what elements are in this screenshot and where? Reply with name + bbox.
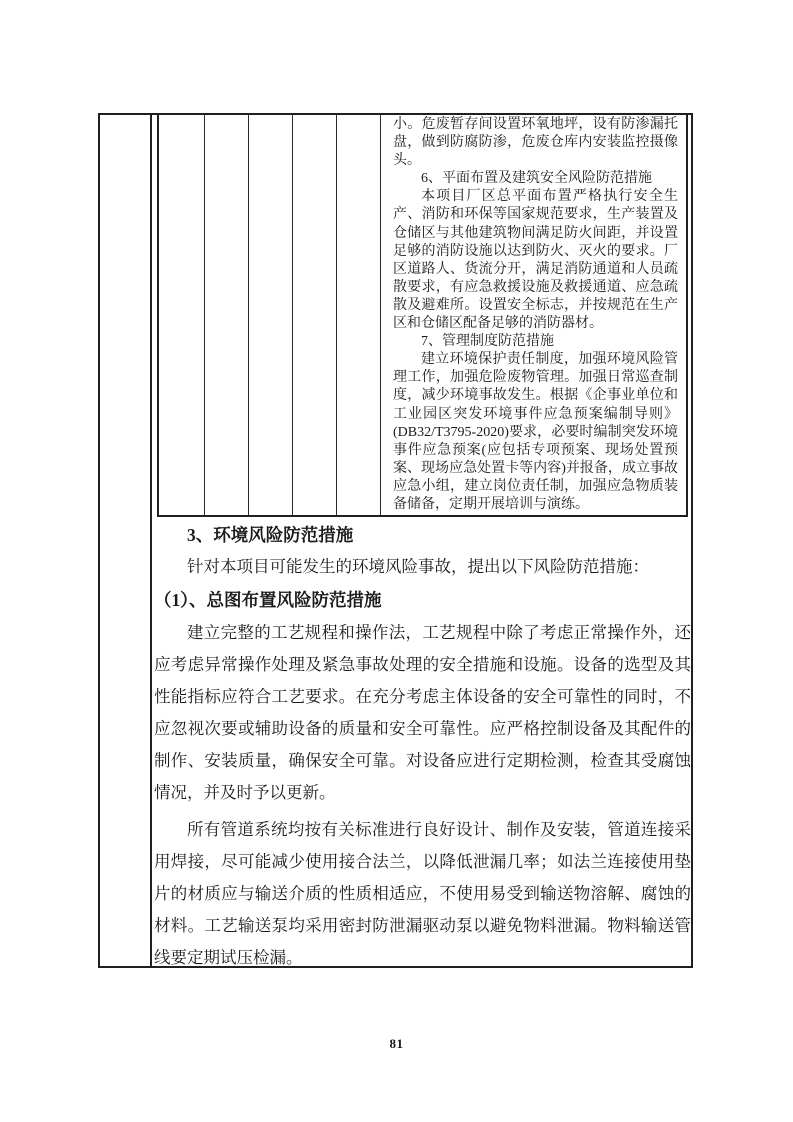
table-paragraph-continued: 小。危废暂存间设置环氧地坪，设有防渗漏托盘，做到防腐防渗，危废仓库内安装监控摄像… <box>393 116 678 170</box>
subsection-heading-layout-risk: （1）、总图布置风险防范措施 <box>154 588 691 612</box>
table-paragraph-layout: 本项目厂区总平面布置严格执行安全生产、消防和环保等国家规范要求，生产装置及仓储区… <box>393 188 678 333</box>
table-subheading-6: 6、平面布置及建筑安全风险防范措施 <box>393 170 678 188</box>
table-paragraph-management: 建立环境保护责任制度，加强环境风险管理工作，加强危险废物管理。加强日常巡查制度，… <box>393 351 678 514</box>
section-heading-risk-prevention: 3、环境风险防范措施 <box>187 523 691 547</box>
table-empty-column <box>159 115 205 515</box>
risk-measures-table: 小。危废暂存间设置环氧地坪，设有防渗漏托盘，做到防腐防渗，危废仓库内安装监控摄像… <box>157 115 688 517</box>
document-page: 小。危废暂存间设置环氧地坪，设有防渗漏托盘，做到防腐防渗，危废仓库内安装监控摄像… <box>0 0 793 1122</box>
table-empty-column <box>293 115 337 515</box>
table-empty-column <box>205 115 249 515</box>
table-subheading-7: 7、管理制度防范措施 <box>393 333 678 351</box>
body-paragraph-piping: 所有管道系统均按有关标准进行良好设计、制作及安装，管道连接采用焊接，尽可能减少使… <box>154 814 691 968</box>
table-empty-column <box>337 115 381 515</box>
risk-measures-cell: 小。危废暂存间设置环氧地坪，设有防渗漏托盘，做到防腐防渗，危废仓库内安装监控摄像… <box>381 115 686 515</box>
page-number: 81 <box>0 1036 793 1052</box>
body-paragraph-process: 建立完整的工艺规程和操作法，工艺规程中除了考虑正常操作外，还应考虑异常操作处理及… <box>154 617 691 809</box>
page-frame: 小。危废暂存间设置环氧地坪，设有防渗漏托盘，做到防腐防渗，危废仓库内安装监控摄像… <box>98 113 693 968</box>
section-intro: 针对本项目可能发生的环境风险事故，提出以下风险防范措施： <box>154 555 691 579</box>
body-section: 3、环境风险防范措施 针对本项目可能发生的环境风险事故，提出以下风险防范措施： … <box>152 517 703 968</box>
table-empty-column <box>249 115 293 515</box>
